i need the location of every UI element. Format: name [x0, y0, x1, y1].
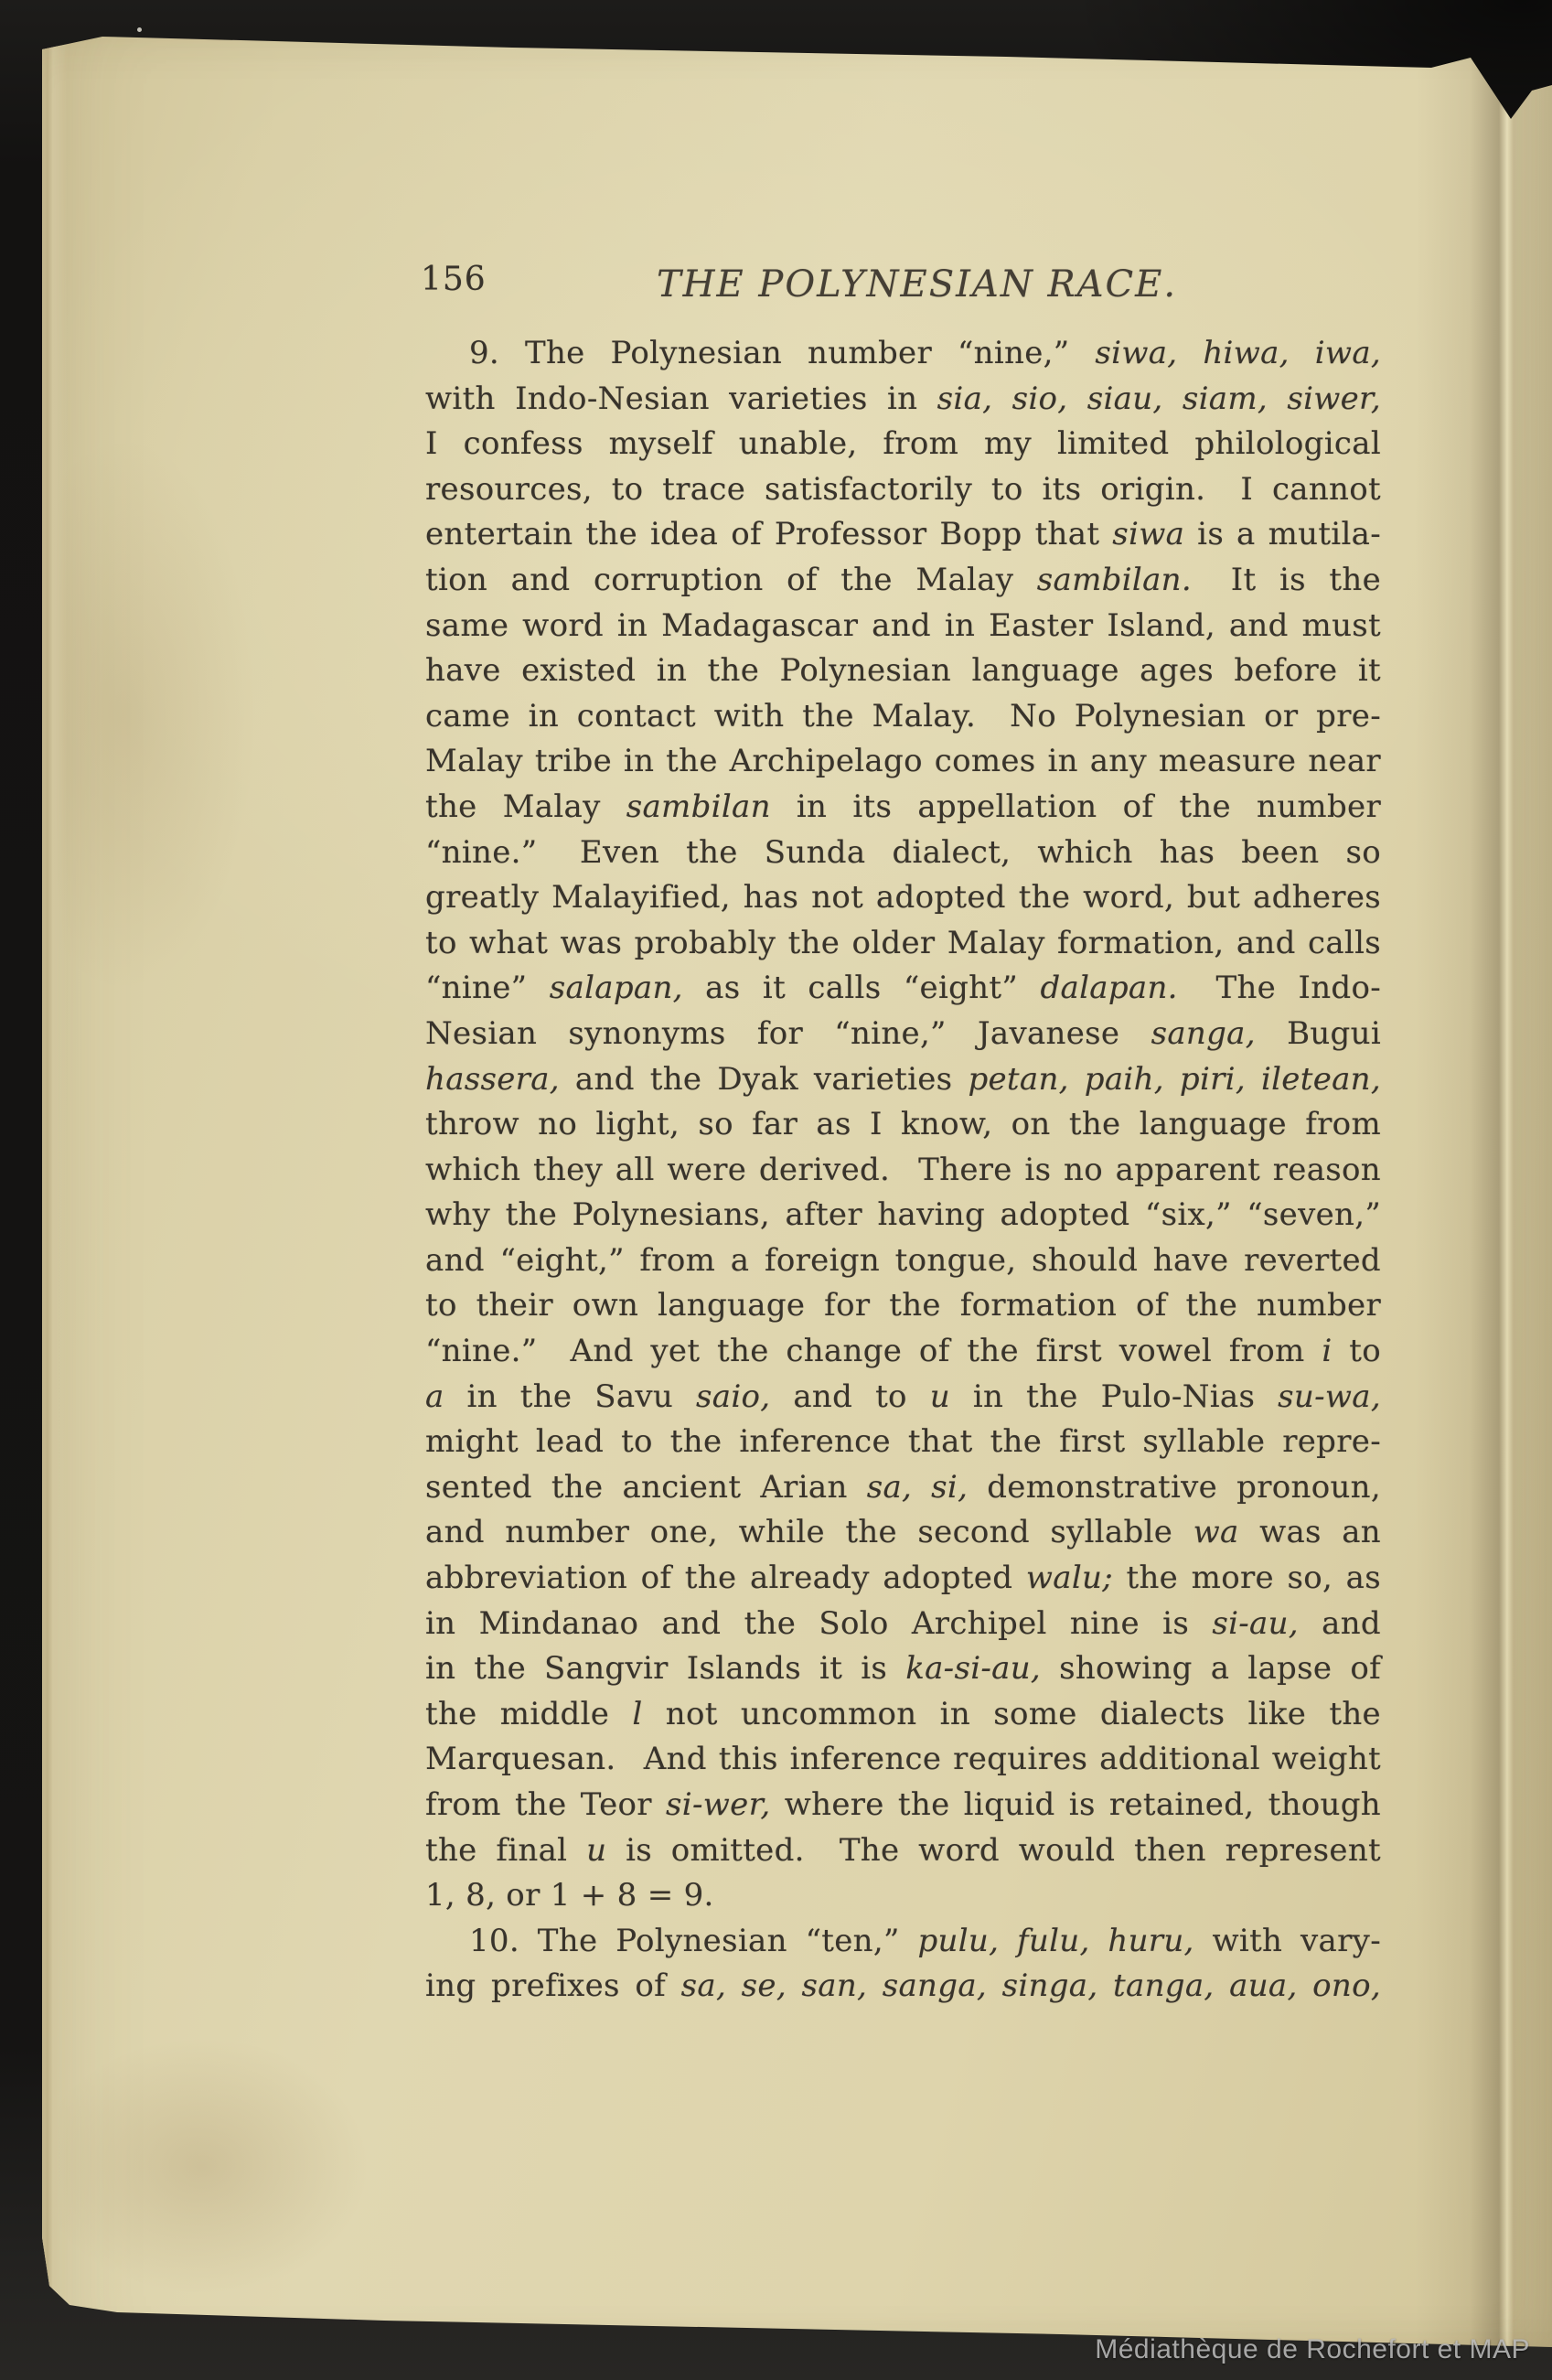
italic-text: su-wa, — [1278, 1378, 1381, 1415]
roman-text: the middle — [425, 1696, 632, 1732]
text-line: 1, 8, or 1 + 8 = 9. — [425, 1873, 1381, 1919]
italic-text: sa, se, san, sanga, singa, tanga, aua, o… — [681, 1967, 1381, 2004]
running-title: THE POLYNESIAN RACE. — [439, 266, 1395, 303]
roman-text: the final — [425, 1832, 586, 1869]
roman-text: might lead to the inference that the fir… — [425, 1423, 1381, 1460]
roman-text: 10. The Polynesian “ten,” — [469, 1923, 917, 1959]
text-line: to what was probably the older Malay for… — [425, 921, 1381, 967]
text-line: entertain the idea of Professor Bopp tha… — [425, 512, 1381, 558]
text-line: ing prefixes of sa, se, san, sanga, sing… — [425, 1964, 1381, 2010]
roman-text: same word in Madagascar and in Easter Is… — [425, 607, 1381, 644]
text-line: which they all were derived. There is no… — [425, 1148, 1381, 1194]
roman-text: came in contact with the Malay. No Polyn… — [425, 698, 1381, 734]
text-line: why the Polynesians, after having adopte… — [425, 1193, 1381, 1238]
italic-text: a — [425, 1378, 444, 1415]
italic-text: u — [586, 1832, 606, 1869]
italic-text: hassera, — [425, 1061, 560, 1098]
text-line: hassera, and the Dyak varieties petan, p… — [425, 1057, 1381, 1103]
page-gutter-shadow — [1415, 0, 1552, 2380]
text-line: to their own language for the formation … — [425, 1283, 1381, 1329]
text-line: have existed in the Polynesian language … — [425, 649, 1381, 694]
text-line: the Malay sambilan in its appellation of… — [425, 785, 1381, 831]
roman-text: is a mutila- — [1184, 516, 1381, 552]
roman-text: which they all were derived. There is no… — [425, 1152, 1381, 1188]
text-line: “nine” salapan, as it calls “eight” dala… — [425, 966, 1381, 1012]
roman-text: in its appellation of the number — [771, 788, 1381, 825]
italic-text: siwa, hiwa, iwa, — [1095, 335, 1381, 371]
text-line: resources, to trace satisfactorily to it… — [425, 467, 1381, 513]
italic-text: l — [632, 1696, 642, 1732]
roman-text: and the Dyak varieties — [560, 1061, 969, 1098]
italic-text: pulu, fulu, huru, — [917, 1923, 1193, 1959]
roman-text: to their own language for the formation … — [425, 1287, 1381, 1324]
text-line: throw no light, so far as I know, on the… — [425, 1102, 1381, 1148]
italic-text: petan, paih, piri, iletean, — [968, 1061, 1381, 1098]
roman-text: was an — [1239, 1514, 1381, 1550]
text-line: and “eight,” from a foreign tongue, shou… — [425, 1238, 1381, 1284]
text-line: sented the ancient Arian sa, si, demonst… — [425, 1465, 1381, 1511]
roman-text: in Mindanao and the Solo Archipel nine i… — [425, 1605, 1212, 1642]
text-line: “nine.” Even the Sunda dialect, which ha… — [425, 831, 1381, 876]
italic-text: walu; — [1026, 1560, 1113, 1596]
dust-speck — [137, 27, 142, 32]
text-line: in Mindanao and the Solo Archipel nine i… — [425, 1602, 1381, 1647]
text-line: 9. The Polynesian number “nine,” siwa, h… — [425, 331, 1381, 377]
text-line: “nine.” And yet the change of the first … — [425, 1329, 1381, 1375]
book-scan-photo: 156 THE POLYNESIAN RACE. 9. The Polynesi… — [0, 0, 1552, 2380]
roman-text: in the Pulo-Nias — [950, 1378, 1278, 1415]
roman-text: The Indo- — [1178, 970, 1381, 1006]
text-line: Malay tribe in the Archipelago comes in … — [425, 739, 1381, 785]
text-line: the middle l not uncommon in some dialec… — [425, 1692, 1381, 1738]
roman-text: and “eight,” from a foreign tongue, shou… — [425, 1242, 1381, 1279]
page-text: 9. The Polynesian number “nine,” siwa, h… — [425, 331, 1381, 2010]
roman-text: and number one, while the second syllabl… — [425, 1514, 1193, 1550]
paragraph: 10. The Polynesian “ten,” pulu, fulu, hu… — [425, 1919, 1381, 2010]
roman-text: with Indo-Nesian varieties in — [425, 381, 937, 417]
text-line: and number one, while the second syllabl… — [425, 1510, 1381, 1556]
text-line: with Indo-Nesian varieties in sia, sio, … — [425, 377, 1381, 423]
roman-text: and — [1299, 1605, 1381, 1642]
italic-text: sia, sio, siau, siam, siwer, — [937, 381, 1381, 417]
roman-text: have existed in the Polynesian language … — [425, 652, 1381, 689]
text-line: Nesian synonyms for “nine,” Javanese san… — [425, 1012, 1381, 1057]
roman-text: Nesian synonyms for “nine,” Javanese — [425, 1015, 1151, 1052]
roman-text: Malay tribe in the Archipelago comes in … — [425, 743, 1381, 779]
italic-text: sambilan. — [1037, 562, 1192, 598]
italic-text: sanga, — [1151, 1015, 1256, 1052]
text-line: might lead to the inference that the fir… — [425, 1420, 1381, 1465]
roman-text: not uncommon in some dialects like the — [643, 1696, 1381, 1732]
text-line: came in contact with the Malay. No Polyn… — [425, 694, 1381, 740]
roman-text: is omitted. The word would then represen… — [606, 1832, 1381, 1869]
text-line: in the Sangvir Islands it is ka-si-au, s… — [425, 1646, 1381, 1692]
roman-text: to what was probably the older Malay for… — [425, 925, 1381, 961]
roman-text: resources, to trace satisfactorily to it… — [425, 471, 1381, 508]
roman-text: and to — [770, 1378, 929, 1415]
text-line: I confess myself unable, from my limited… — [425, 422, 1381, 467]
roman-text: to — [1333, 1333, 1382, 1369]
roman-text: where the liquid is retained, though — [771, 1786, 1381, 1823]
roman-text: demonstrative pronoun, — [968, 1469, 1381, 1506]
italic-text: saio, — [696, 1378, 770, 1415]
text-line: abbreviation of the already adopted walu… — [425, 1556, 1381, 1602]
roman-text: tion and corruption of the Malay — [425, 562, 1037, 598]
text-line: greatly Malayified, has not adopted the … — [425, 875, 1381, 921]
italic-text: dalapan. — [1040, 970, 1177, 1006]
text-line: same word in Madagascar and in Easter Is… — [425, 604, 1381, 649]
roman-text: entertain the idea of Professor Bopp tha… — [425, 516, 1112, 552]
roman-text: Bugui — [1256, 1015, 1381, 1052]
roman-text: ing prefixes of — [425, 1967, 681, 2004]
roman-text: why the Polynesians, after having adopte… — [425, 1196, 1381, 1233]
text-line: a in the Savu saio, and to u in the Pulo… — [425, 1375, 1381, 1420]
roman-text: showing a lapse of — [1041, 1650, 1381, 1687]
italic-text: salapan, — [550, 970, 683, 1006]
watermark: Médiathèque de Rochefort et MAP — [1095, 2334, 1530, 2365]
roman-text: 1, 8, or 1 + 8 = 9. — [425, 1877, 714, 1914]
italic-text: siwa — [1112, 516, 1184, 552]
italic-text: ka-si-au, — [905, 1650, 1041, 1687]
italic-text: si-au, — [1212, 1605, 1299, 1642]
roman-text: “nine.” Even the Sunda dialect, which ha… — [425, 834, 1381, 871]
text-line: 10. The Polynesian “ten,” pulu, fulu, hu… — [425, 1919, 1381, 1965]
roman-text: 9. The Polynesian number “nine,” — [469, 335, 1095, 371]
paragraph: 9. The Polynesian number “nine,” siwa, h… — [425, 331, 1381, 1919]
roman-text: “nine.” And yet the change of the first … — [425, 1333, 1322, 1369]
italic-text: u — [930, 1378, 950, 1415]
text-line: tion and corruption of the Malay sambila… — [425, 558, 1381, 604]
text-line: the final u is omitted. The word would t… — [425, 1828, 1381, 1874]
italic-text: i — [1322, 1333, 1332, 1369]
italic-text: sa, si, — [867, 1469, 968, 1506]
roman-text: abbreviation of the already adopted — [425, 1560, 1026, 1596]
italic-text: sambilan — [626, 788, 771, 825]
text-line: from the Teor si-wer, where the liquid i… — [425, 1783, 1381, 1828]
roman-text: the Malay — [425, 788, 626, 825]
roman-text: Marquesan. And this inference requires a… — [425, 1741, 1381, 1777]
text-line: Marquesan. And this inference requires a… — [425, 1737, 1381, 1783]
italic-text: wa — [1193, 1514, 1239, 1550]
roman-text: I confess myself unable, from my limited… — [425, 425, 1381, 462]
roman-text: as it calls “eight” — [683, 970, 1041, 1006]
roman-text: from the Teor — [425, 1786, 666, 1823]
roman-text: sented the ancient Arian — [425, 1469, 867, 1506]
roman-text: with vary- — [1194, 1923, 1381, 1959]
roman-text: in the Savu — [444, 1378, 696, 1415]
roman-text: throw no light, so far as I know, on the… — [425, 1106, 1381, 1142]
roman-text: the more so, as — [1113, 1560, 1381, 1596]
italic-text: si-wer, — [666, 1786, 770, 1823]
page-deckle-edges — [0, 0, 68, 2380]
roman-text: greatly Malayified, has not adopted the … — [425, 879, 1381, 916]
roman-text: It is the — [1192, 562, 1381, 598]
roman-text: in the Sangvir Islands it is — [425, 1650, 905, 1687]
roman-text: “nine” — [425, 970, 550, 1006]
